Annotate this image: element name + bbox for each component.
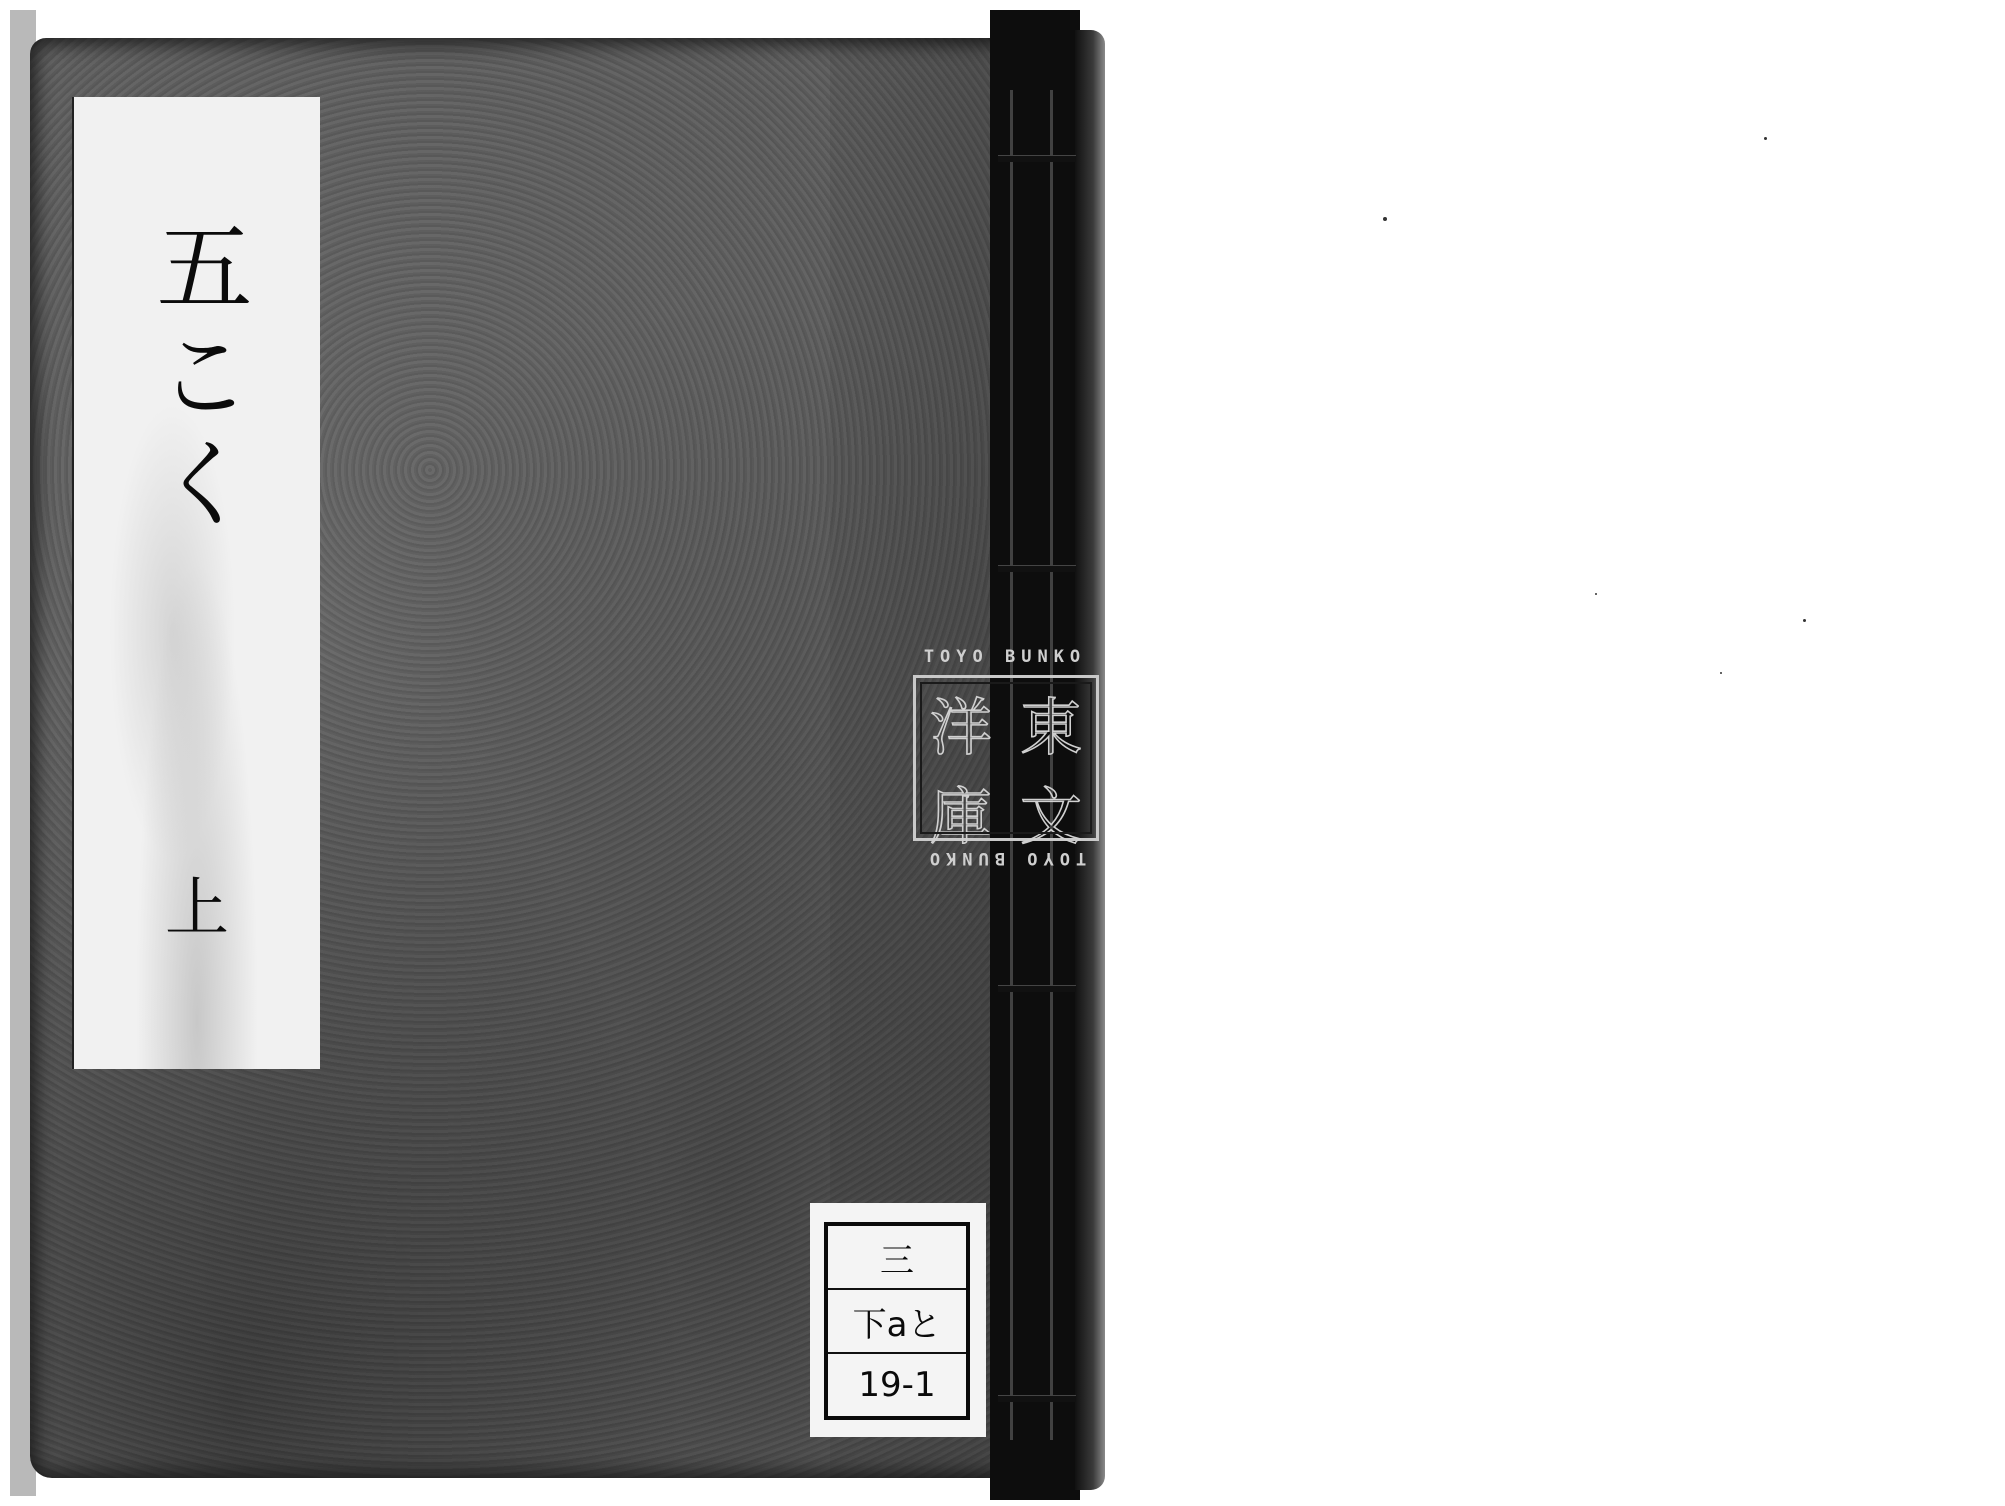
seal-character: 文 (1006, 767, 1096, 856)
call-number-row: 三 (828, 1226, 966, 1288)
library-seal: TOYO BUNKO 東 洋 文 庫 TOYO BUNKO (905, 645, 1105, 870)
call-number-label: 三 下aと 19-1 (810, 1203, 986, 1437)
binding-stitch (998, 155, 1076, 162)
binding-stitch (998, 985, 1076, 992)
volume-marker: 上 (74, 857, 320, 949)
seal-band-top: TOYO BUNKO (905, 647, 1105, 667)
seal-character: 庫 (916, 767, 1006, 856)
seal-character: 洋 (916, 678, 1006, 767)
binding-stitch (998, 565, 1076, 572)
seal-band-bottom: TOYO BUNKO (905, 848, 1105, 868)
seal-character: 東 (1006, 678, 1096, 767)
call-number-row: 19-1 (828, 1352, 966, 1416)
call-number-row: 下aと (828, 1288, 966, 1352)
binding-stitch (998, 1395, 1076, 1402)
call-number-frame: 三 下aと 19-1 (824, 1222, 970, 1420)
seal-frame: 東 洋 文 庫 (913, 675, 1099, 841)
book-title: 五こく (74, 217, 320, 541)
title-slip: 五こく 上 (72, 97, 320, 1069)
